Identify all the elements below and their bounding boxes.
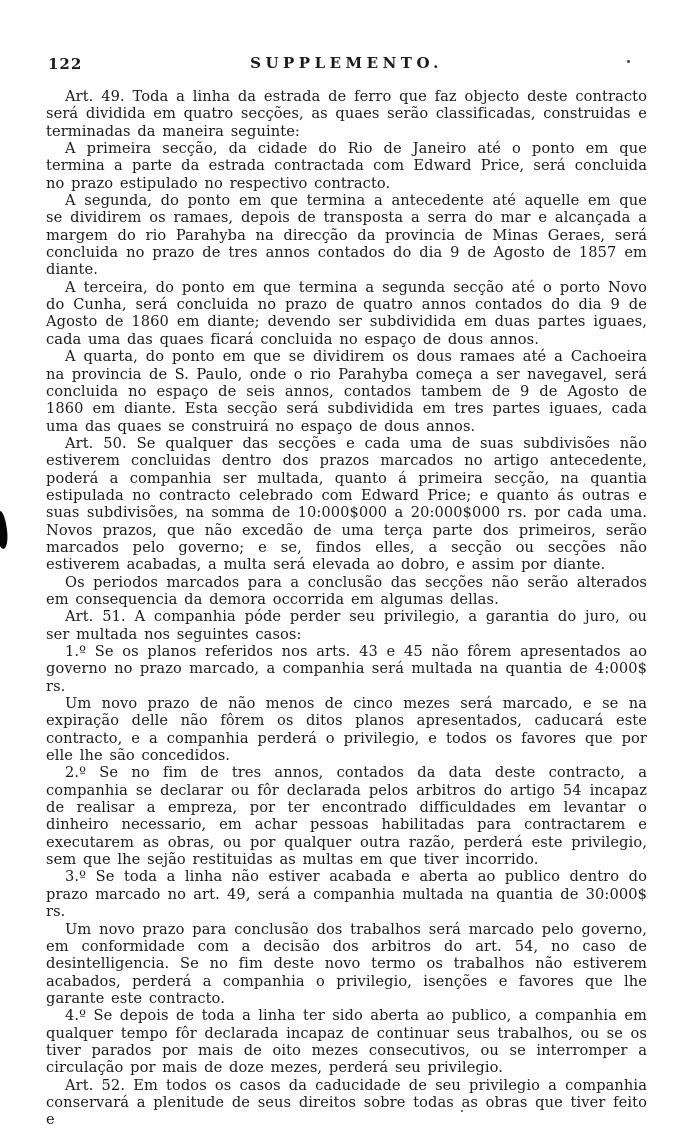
- paragraph-caso-1: 1.º Se os planos referidos nos arts. 43 …: [46, 643, 647, 695]
- paragraph-novo-prazo-planos: Um novo prazo de não menos de cinco meze…: [46, 695, 647, 764]
- paragraph-terceira-seccao: A terceira, do ponto em que termina a se…: [46, 279, 647, 348]
- paragraph-caso-2: 2.º Se no fim de tres annos, contados da…: [46, 764, 647, 868]
- paragraph-art-49: Art. 49. Toda a linha da estrada de ferr…: [46, 88, 647, 140]
- paragraph-art-51: Art. 51. A companhia póde perder seu pri…: [46, 608, 647, 643]
- ink-speck: [70, 1070, 72, 1072]
- page-header: 122 SUPPLEMENTO.: [0, 54, 693, 76]
- paragraph-caso-3: 3.º Se toda a linha não estiver acabada …: [46, 868, 647, 920]
- paragraph-segunda-seccao: A segunda, do ponto em que termina a ant…: [46, 192, 647, 279]
- scanned-document-page: 122 SUPPLEMENTO. Art. 49. Toda a linha d…: [0, 0, 693, 1128]
- ink-speck: [461, 1110, 463, 1112]
- paragraph-periodos: Os periodos marcados para a conclusão da…: [46, 574, 647, 609]
- page-title: SUPPLEMENTO.: [0, 54, 693, 72]
- paragraph-primeira-seccao: A primeira secção, da cidade do Rio de J…: [46, 140, 647, 192]
- document-body-text: Art. 49. Toda a linha da estrada de ferr…: [46, 88, 647, 1128]
- paragraph-caso-4: 4.º Se depois de toda a linha ter sido a…: [46, 1007, 647, 1076]
- paragraph-art-52: Art. 52. Em todos os casos da caducidade…: [46, 1077, 647, 1128]
- ink-speck: [627, 60, 630, 63]
- ink-blot: [0, 511, 9, 550]
- page-number: 122: [48, 55, 82, 73]
- paragraph-art-50: Art. 50. Se qualquer das secções e cada …: [46, 435, 647, 574]
- paragraph-novo-prazo-trabalhos: Um novo prazo para conclusão dos trabalh…: [46, 921, 647, 1008]
- paragraph-quarta-seccao: A quarta, do ponto em que se dividirem o…: [46, 348, 647, 435]
